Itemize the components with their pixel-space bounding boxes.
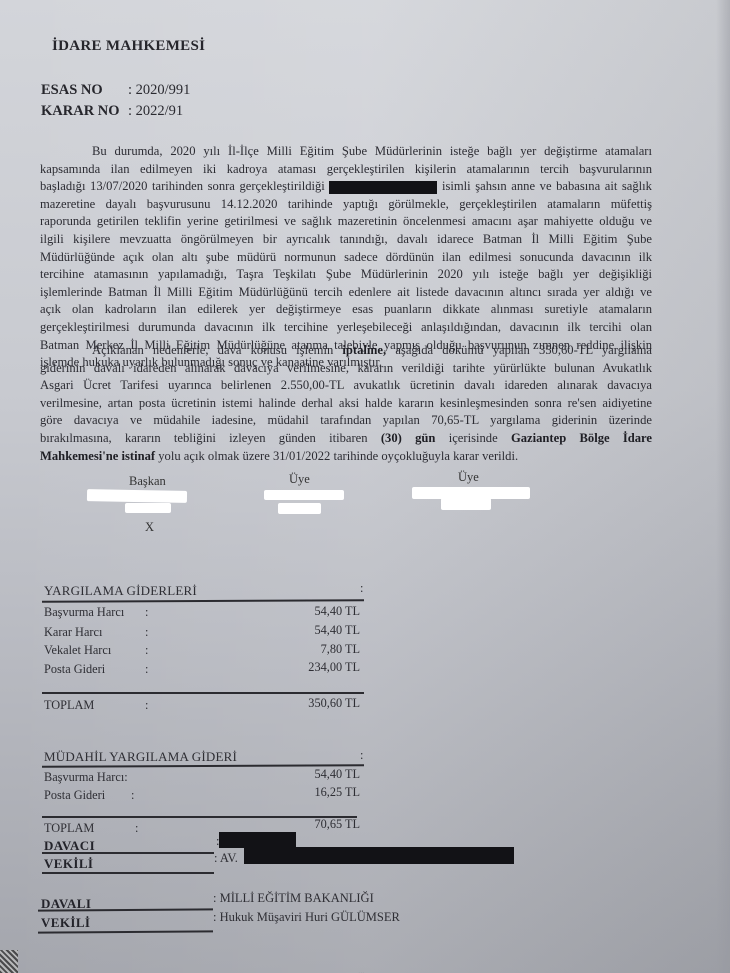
redacted-signature	[125, 503, 171, 513]
esas-no-value: : 2020/991	[128, 82, 190, 99]
text-line: Mahkemesi'ne istinaf yolu açık olmak üze…	[40, 448, 652, 466]
costs-total-label: TOPLAM	[44, 698, 94, 713]
redacted-signature	[87, 489, 187, 503]
text-line: açık olan kadroların ilan edilerek yer d…	[40, 301, 652, 319]
cost-colon: :	[145, 625, 148, 640]
qr-code-icon	[0, 950, 18, 973]
cost-value: 54,40 TL	[240, 604, 360, 619]
cost-colon: :	[145, 643, 148, 658]
defendant-attorney-label: VEKİLİ	[41, 915, 90, 931]
plaintiff-attorney-label: VEKİLİ	[44, 856, 93, 872]
divider	[42, 872, 214, 874]
text-fragment: yolu açık olmak üzere 31/01/2022 tarihin…	[158, 449, 518, 463]
text-fragment: isimli şahsın anne ve babasına ait sağlı…	[442, 179, 652, 193]
signature-baskan-label: Başkan	[129, 474, 166, 489]
signature-uye2-label: Üye	[458, 470, 479, 485]
judgment-paragraph: Açıklanan nedenlerle, dava konusu işlemi…	[40, 342, 652, 465]
text-line: ilgili kişilere mevzuatta öngörülmeyen b…	[40, 231, 652, 249]
defendant-attorney-value: : Hukuk Müşaviri Huri GÜLÜMSER	[213, 910, 400, 925]
redacted-attorney	[244, 847, 514, 864]
text-line: kapsamında ilan edilmeyen iki kadroya at…	[40, 161, 652, 179]
text-line: Açıklanan nedenlerle, dava konusu işlemi…	[40, 342, 652, 360]
cost-value: 7,80 TL	[240, 642, 360, 657]
costs-total-value: 350,60 TL	[240, 696, 360, 711]
text-line: giderinin davalı idareden alınarak davac…	[40, 360, 652, 378]
text-line: gerçekleştirilmesi durumunda davacının i…	[40, 319, 652, 337]
text-line: Müdürlüğünde açık olan altı şube müdürü …	[40, 249, 652, 267]
redacted-signature	[441, 498, 491, 510]
redacted-name	[329, 181, 437, 194]
divider	[42, 692, 364, 694]
text-line: tercihine atamasının yapılamadığı, Taşra…	[40, 266, 652, 284]
intervener-costs-title: MÜDAHİL YARGILAMA GİDERİ	[44, 749, 237, 765]
redacted-signature	[278, 503, 321, 514]
intervener-total-label: TOPLAM	[44, 821, 94, 836]
paper-edge-shadow	[716, 0, 730, 973]
cost-colon: :	[131, 788, 134, 803]
appeal-court: Gaziantep Bölge İdare	[511, 431, 652, 445]
text-line: işlemlerinde Batman İl Milli Eğitim Müdü…	[40, 284, 652, 302]
text-line: raporunda getirilen teklifin yerine geti…	[40, 213, 652, 231]
cost-colon: :	[145, 662, 148, 677]
redacted-signature	[264, 490, 344, 500]
signature-mark: X	[145, 520, 154, 535]
text-fragment: başladığı 13/07/2020 tarihinden sonra ge…	[40, 179, 325, 193]
cost-value: 54,40 TL	[240, 623, 360, 638]
cost-value: 54,40 TL	[240, 767, 360, 782]
divider	[42, 852, 214, 854]
text-line: Asgari Ücret Tarifesi uyarınca belirlene…	[40, 377, 652, 395]
cost-label: Karar Harcı	[44, 625, 102, 640]
text-line: başladığı 13/07/2020 tarihinden sonra ge…	[40, 178, 652, 196]
cost-label: Vekalet Harcı	[44, 643, 111, 658]
intervener-total-colon: :	[135, 821, 138, 836]
cost-label: Başvurma Harcı	[44, 605, 124, 620]
reasoning-paragraph: Bu durumda, 2020 yılı İl-İlçe Milli Eğit…	[40, 143, 652, 372]
text-fragment: içerisinde	[449, 431, 498, 445]
intervener-title-colon: :	[360, 748, 363, 763]
defendant-value: : MİLLİ EĞİTİM BAKANLIĞI	[213, 891, 374, 906]
signature-uye1-label: Üye	[289, 472, 310, 487]
plaintiff-attorney-prefix: : AV.	[214, 851, 238, 866]
appeal-court-cont: Mahkemesi'ne istinaf	[40, 449, 155, 463]
cost-value: 234,00 TL	[240, 660, 360, 675]
text-line: bırakılmasına, kararın tebliğini izleyen…	[40, 430, 652, 448]
text-line: Bu durumda, 2020 yılı İl-İlçe Milli Eğit…	[40, 143, 652, 161]
appeal-period: (30) gün	[381, 431, 436, 445]
cost-label: Posta Gideri	[44, 788, 105, 803]
court-name: İDARE MAHKEMESİ	[52, 38, 205, 55]
costs-total-colon: :	[145, 698, 148, 713]
page-marker: ...	[358, 966, 365, 973]
annulment-keyword: iptaline,	[342, 343, 386, 357]
esas-no-label: ESAS NO	[41, 82, 103, 99]
costs-title-colon: :	[360, 581, 363, 596]
cost-value: 16,25 TL	[240, 785, 360, 800]
cost-colon: :	[145, 605, 148, 620]
redacted-plaintiff	[219, 832, 296, 848]
karar-no-label: KARAR NO	[41, 103, 120, 120]
text-line: göre davacıya ve müdahile iadesine, müda…	[40, 412, 652, 430]
text-fragment: Açıklanan nedenlerle, dava konusu işlemi…	[92, 343, 333, 357]
costs-section-title: YARGILAMA GİDERLERİ	[44, 583, 197, 599]
text-line: mazeretine dayalı başvurusunu 14.12.2020…	[40, 196, 652, 214]
intervener-total-value: 70,65 TL	[240, 817, 360, 832]
text-line: verilmesine, artan posta ücretinin istem…	[40, 395, 652, 413]
cost-label: Posta Gideri	[44, 662, 105, 677]
text-fragment: bırakılmasına, kararın tebliğini izleyen…	[40, 431, 368, 445]
karar-no-value: : 2022/91	[128, 103, 183, 120]
cost-label: Başvurma Harcı:	[44, 770, 128, 785]
text-fragment: aşağıda dökümü yapılan 350,60-TL yargıla…	[395, 343, 652, 357]
